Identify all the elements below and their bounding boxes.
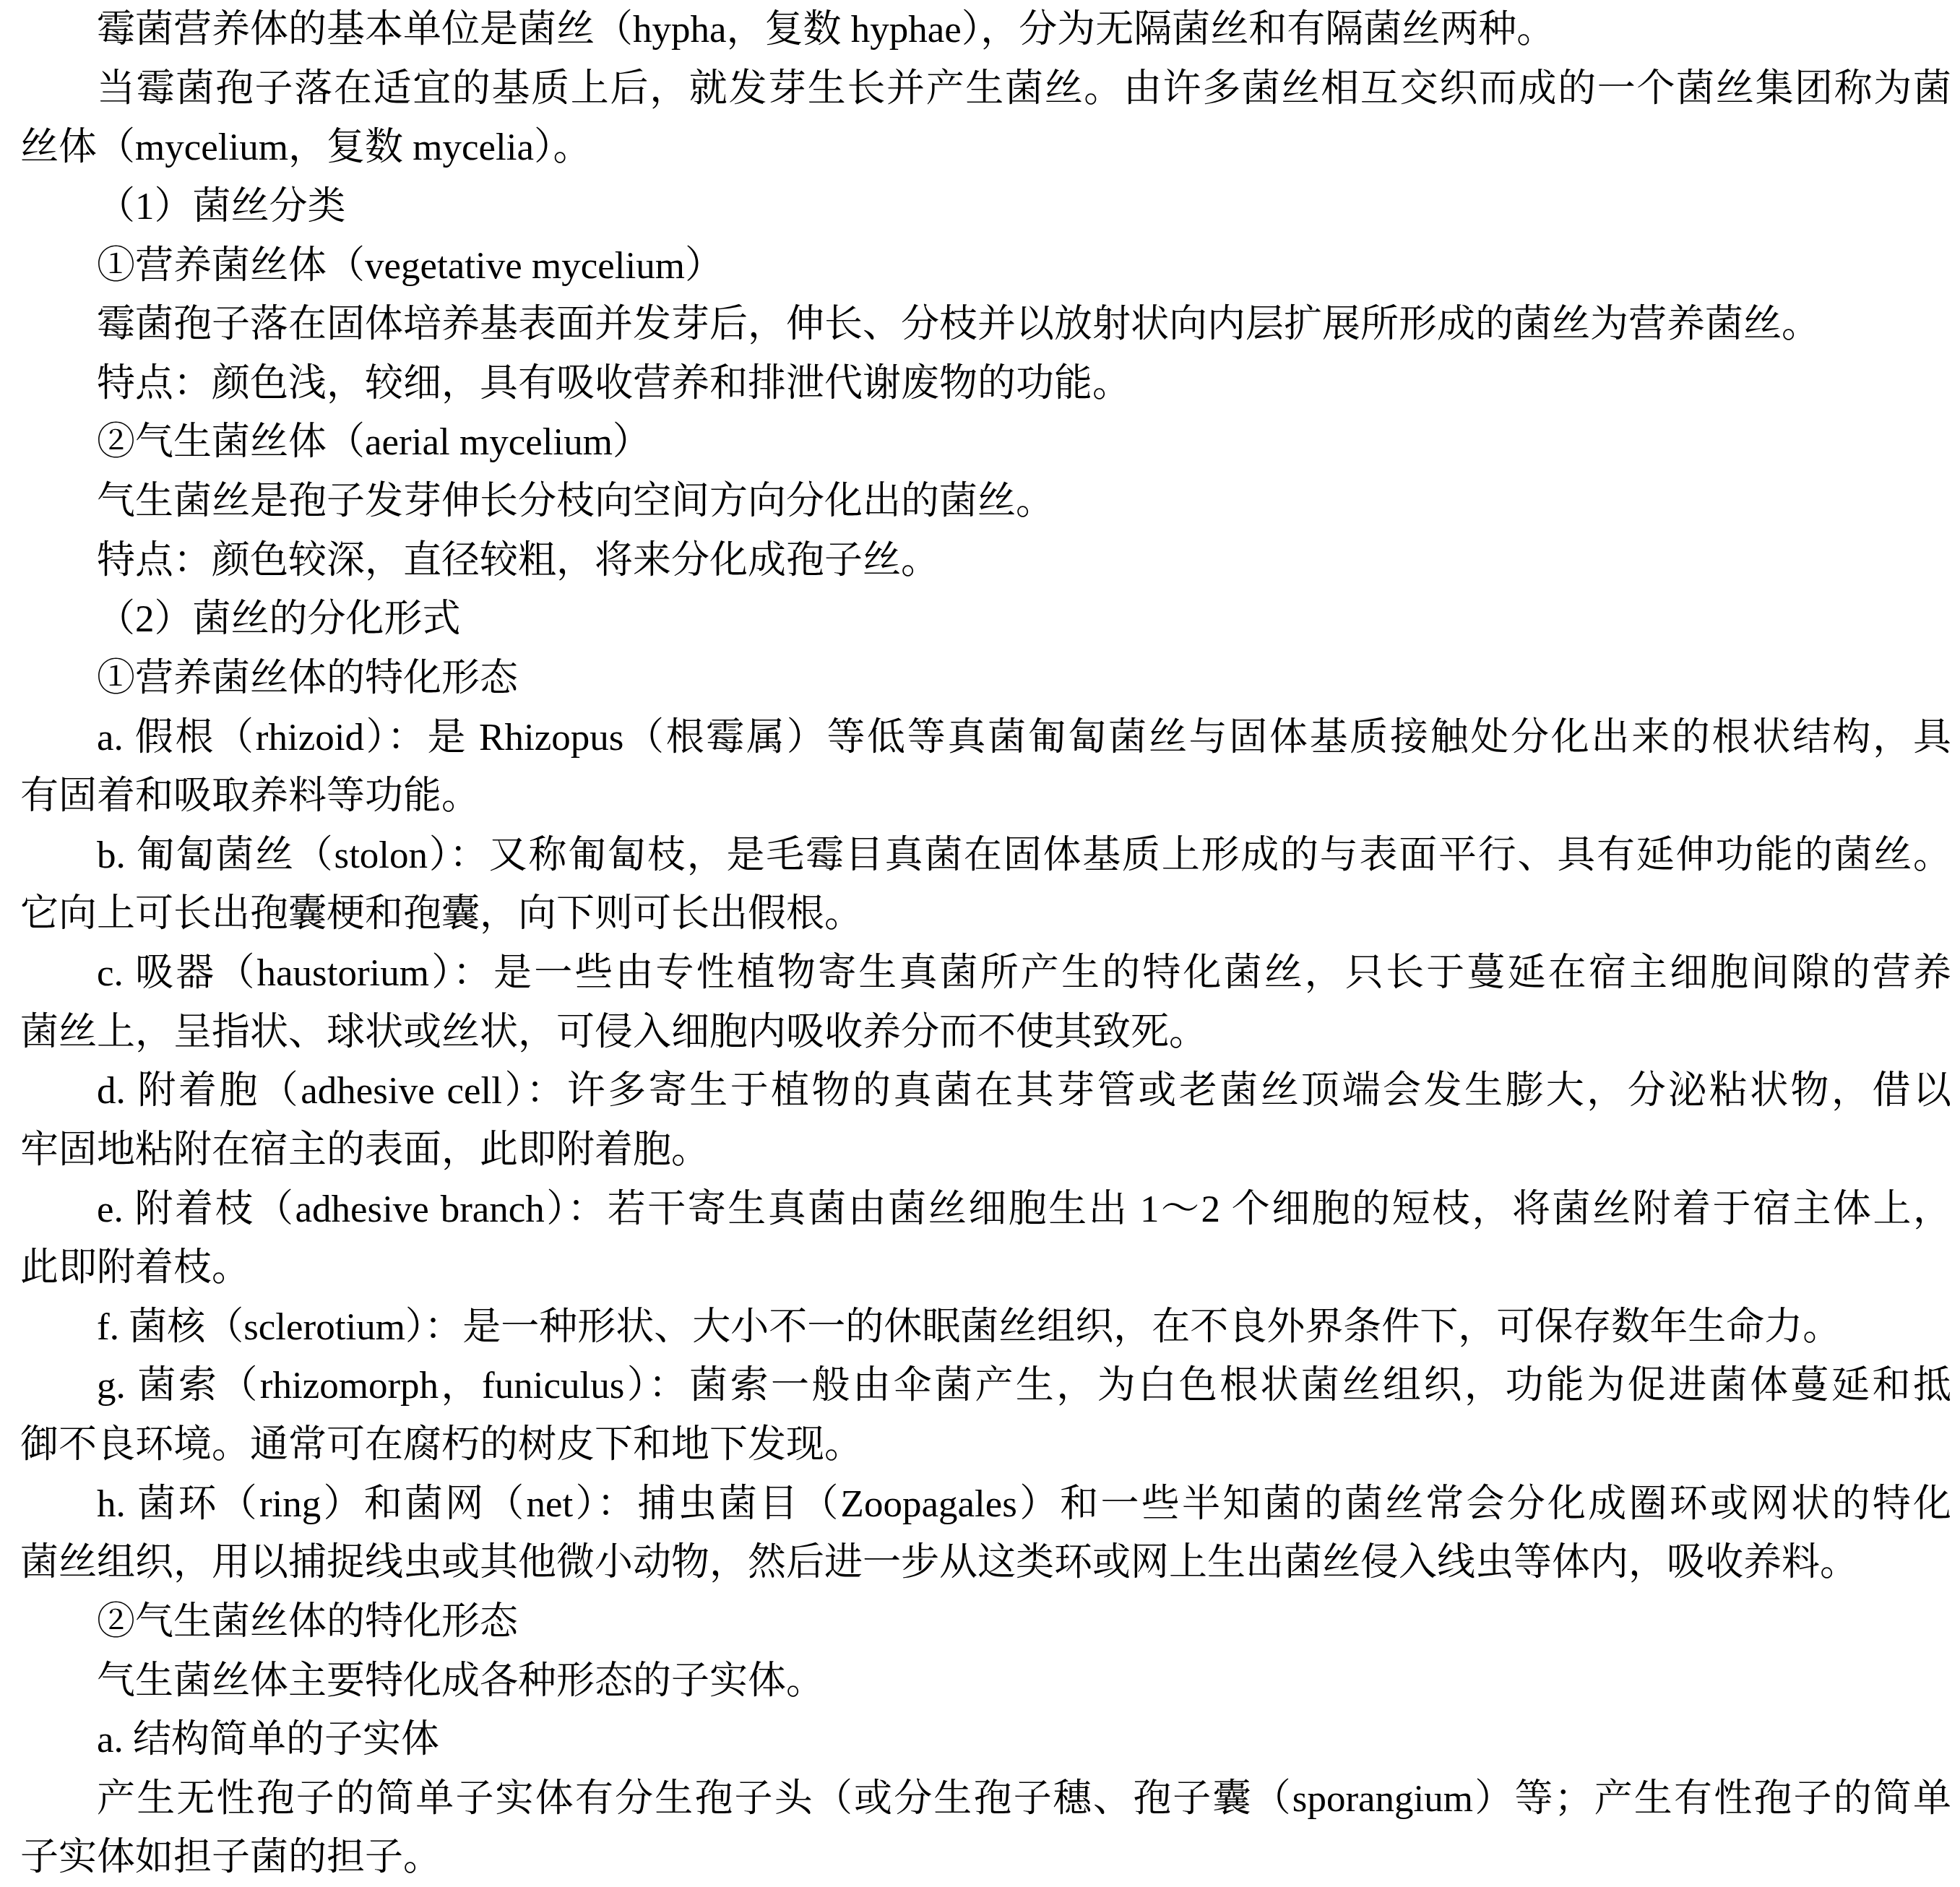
- text-line: 菌丝上，呈指状、球状或丝状，可侵入细胞内吸收养分而不使其致死。: [20, 1003, 1951, 1063]
- text-line: 它向上可长出孢囊梗和孢囊，向下则可长出假根。: [20, 885, 1951, 944]
- text-line: （1）菌丝分类: [20, 178, 1951, 237]
- text-line: 当霉菌孢子落在适宜的基质上后，就发芽生长并产生菌丝。由许多菌丝相互交织而成的一个…: [20, 60, 1951, 119]
- text-line: （2）菌丝的分化形式: [20, 590, 1951, 649]
- text-line: 有固着和吸取养料等功能。: [20, 767, 1951, 826]
- text-line: e. 附着枝（adhesive branch）：若干寄生真菌由菌丝细胞生出 1～…: [20, 1180, 1951, 1240]
- text-line: f. 菌核（sclerotium）：是一种形状、大小不一的休眠菌丝组织，在不良外…: [20, 1298, 1951, 1357]
- text-line: ①营养菌丝体（vegetative mycelium）: [20, 237, 1951, 296]
- text-line: 子实体如担子菌的担子。: [20, 1828, 1951, 1887]
- text-line: 特点：颜色较深，直径较粗，将来分化成孢子丝。: [20, 532, 1951, 591]
- text-line: h. 菌环（ring）和菌网（net）：捕虫菌目（Zoopagales）和一些半…: [20, 1475, 1951, 1534]
- text-line: 菌丝组织，用以捕捉线虫或其他微小动物，然后进一步从这类环或网上生出菌丝侵入线虫等…: [20, 1534, 1951, 1593]
- text-line: g. 菌索（rhizomorph，funiculus）：菌索一般由伞菌产生，为白…: [20, 1357, 1951, 1416]
- text-line: ①营养菌丝体的特化形态: [20, 649, 1951, 709]
- text-line: 气生菌丝是孢子发芽伸长分枝向空间方向分化出的菌丝。: [20, 472, 1951, 532]
- text-line: c. 吸器（haustorium）：是一些由专性植物寄生真菌所产生的特化菌丝，只…: [20, 944, 1951, 1003]
- text-line: ②气生菌丝体（aerial mycelium）: [20, 413, 1951, 472]
- text-line: 霉菌孢子落在固体培养基表面并发芽后，伸长、分枝并以放射状向内层扩展所形成的菌丝为…: [20, 295, 1951, 355]
- text-line: d. 附着胞（adhesive cell）：许多寄生于植物的真菌在其芽管或老菌丝…: [20, 1062, 1951, 1121]
- text-line: 丝体（mycelium，复数 mycelia）。: [20, 118, 1951, 178]
- text-line: 牢固地粘附在宿主的表面，此即附着胞。: [20, 1121, 1951, 1180]
- text-line: ②气生菌丝体的特化形态: [20, 1593, 1951, 1652]
- text-line: 此即附着枝。: [20, 1239, 1951, 1298]
- text-line: 霉菌营养体的基本单位是菌丝（hypha，复数 hyphae），分为无隔菌丝和有隔…: [20, 1, 1951, 60]
- text-line: 御不良环境。通常可在腐朽的树皮下和地下发现。: [20, 1416, 1951, 1475]
- text-line: 产生无性孢子的简单子实体有分生孢子头（或分生孢子穗、孢子囊（sporangium…: [20, 1770, 1951, 1829]
- text-line: 特点：颜色浅，较细，具有吸收营养和排泄代谢废物的功能。: [20, 355, 1951, 414]
- text-line: 气生菌丝体主要特化成各种形态的子实体。: [20, 1652, 1951, 1711]
- text-line: a. 结构简单的子实体: [20, 1711, 1951, 1770]
- text-line: b. 匍匐菌丝（stolon）：又称匍匐枝，是毛霉目真菌在固体基质上形成的与表面…: [20, 826, 1951, 886]
- document-page: 霉菌营养体的基本单位是菌丝（hypha，复数 hyphae），分为无隔菌丝和有隔…: [0, 0, 1960, 1887]
- text-line: a. 假根（rhizoid）：是 Rhizopus（根霉属）等低等真菌匍匐菌丝与…: [20, 709, 1951, 768]
